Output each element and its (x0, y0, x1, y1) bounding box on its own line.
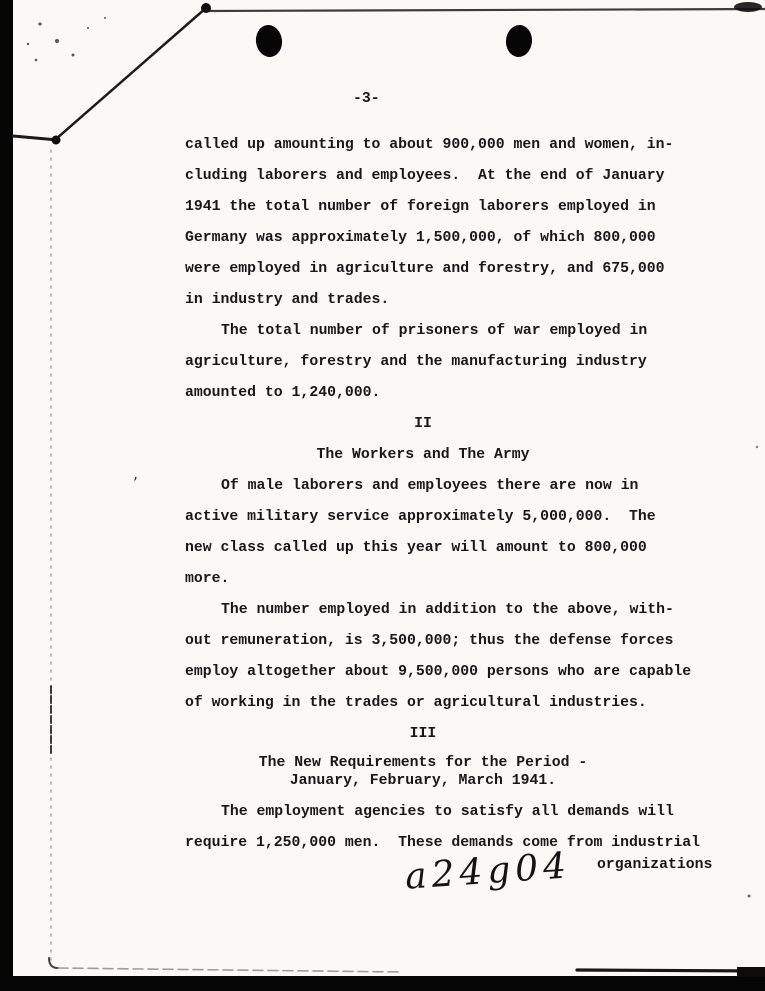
section-numeral: II (185, 414, 661, 445)
body-line: more. (185, 569, 730, 600)
section-title: The New Requirements for the Period - Ja… (185, 755, 661, 790)
section-numeral: III (185, 724, 661, 755)
bottom-edge-bar (0, 976, 765, 991)
body-line: of working in the trades or agricultural… (185, 693, 730, 724)
body-line: active military service approximately 5,… (185, 507, 730, 538)
body-line: were employed in agriculture and forestr… (185, 259, 730, 290)
scanned-document-page: -3- ’ called up amounting to about 900,0… (0, 0, 765, 991)
margin-stray-mark: ’ (133, 474, 138, 492)
section-title: The Workers and The Army (185, 445, 661, 476)
body-line: The employment agencies to satisfy all d… (185, 802, 730, 833)
document-body: called up amounting to about 900,000 men… (185, 135, 730, 864)
hole-punch-right (505, 24, 534, 58)
body-line: Of male laborers and employees there are… (185, 476, 730, 507)
section-title-line: The New Requirements for the Period - (185, 755, 661, 773)
body-line: 1941 the total number of foreign laborer… (185, 197, 730, 228)
catchword: organizations (597, 857, 712, 873)
left-edge-bar (0, 0, 13, 991)
body-line: agriculture, forestry and the manufactur… (185, 352, 730, 383)
hole-punch-left (254, 23, 284, 58)
body-line: called up amounting to about 900,000 men… (185, 135, 730, 166)
section-title-line: January, February, March 1941. (185, 773, 661, 791)
body-line: The total number of prisoners of war emp… (185, 321, 730, 352)
body-line: cluding laborers and employees. At the e… (185, 166, 730, 197)
body-line: The number employed in addition to the a… (185, 600, 730, 631)
page-number: -3- (353, 91, 380, 107)
body-line: amounted to 1,240,000. (185, 383, 730, 414)
body-line: new class called up this year will amoun… (185, 538, 730, 569)
body-line: employ altogether about 9,500,000 person… (185, 662, 730, 693)
body-line: Germany was approximately 1,500,000, of … (185, 228, 730, 259)
body-line: in industry and trades. (185, 290, 730, 321)
body-line: out remuneration, is 3,500,000; thus the… (185, 631, 730, 662)
